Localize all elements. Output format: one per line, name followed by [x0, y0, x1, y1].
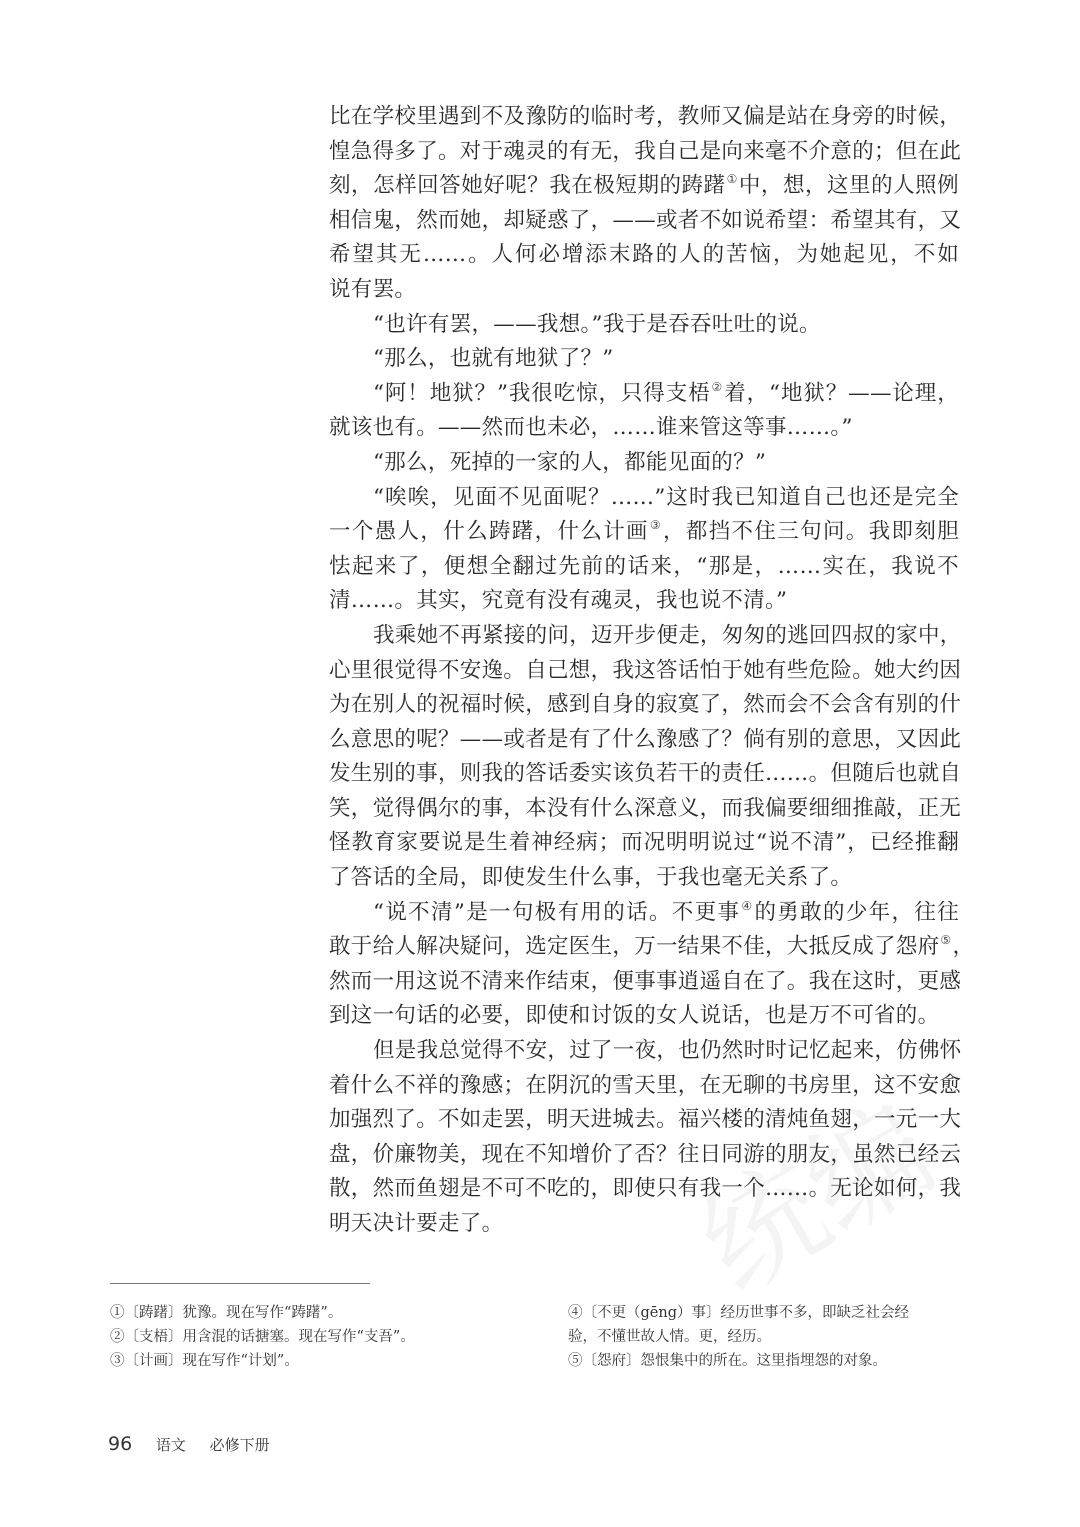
paragraph-start: 但是我总觉得不安，过了一夜，也仍然时时记忆起来，仿佛怀 — [329, 1034, 959, 1069]
paragraph-start: “阿！地狱？”我很吃惊，只得支梧②着，“地狱？——论理， — [329, 377, 959, 412]
text-line: 就该也有。——然而也未必，……谁来管这等事……。” — [329, 411, 959, 446]
text-line: 加强烈了。不如走罢，明天进城去。福兴楼的清炖鱼翅，一元一大 — [329, 1103, 959, 1138]
text-line: 怪教育家要说是生着神经病；而况明明说过“说不清”，已经推翻 — [329, 826, 959, 861]
footnote-divider — [110, 1283, 370, 1284]
text-line: 惶急得多了。对于魂灵的有无，我自己是向来毫不介意的；但在此 — [329, 135, 959, 170]
footnote-ref-1: ① — [727, 172, 738, 186]
footnotes-right: ④〔不更（gēng）事〕经历世事不多，即缺乏社会经 验，不懂世故人情。更，经历。… — [568, 1301, 968, 1373]
paragraph-start: “也许有罢，——我想。”我于是吞吞吐吐的说。 — [329, 308, 959, 343]
footnote-3: ③〔计画〕现在写作“计划”。 — [110, 1349, 530, 1373]
paragraph-start: 我乘她不再紧接的问，迈开步便走，匆匆的逃回四叔的家中， — [329, 619, 959, 654]
text-span: 一个愚人，什么踌躇，什么计画 — [329, 519, 649, 544]
text-span: “阿！地狱？”我很吃惊，只得支梧 — [373, 381, 711, 406]
text-line: 敢于给人解决疑问，选定医生，万一结果不佳，大抵反成了怨府⑤， — [329, 930, 959, 965]
footnote-ref-4: ④ — [741, 899, 753, 913]
text-span: “说不清”是一句极有用的话。不更事 — [373, 900, 740, 925]
text-line: 心里很觉得不安逸。自己想，我这答话怕于她有些危险。她大约因 — [329, 654, 959, 689]
footnote-ref-5: ⑤ — [940, 933, 951, 947]
textbook-page: 统编 比在学校里遇到不及豫防的临时考，教师又偏是站在身旁的时候， 惶急得多了。对… — [0, 0, 1080, 1527]
page-number: 96 — [108, 1433, 132, 1455]
text-span: 敢于给人解决疑问，选定医生，万一结果不佳，大抵反成了怨府 — [329, 934, 939, 959]
text-span: 中，想，这里的人照例 — [739, 173, 959, 198]
footnote-ref-3: ③ — [650, 518, 662, 532]
paragraph-start: “说不清”是一句极有用的话。不更事④的勇敢的少年，往往 — [329, 896, 959, 931]
text-line: 着什么不祥的豫感；在阴沉的雪天里，在无聊的书房里，这不安愈 — [329, 1069, 959, 1104]
text-line: 怯起来了，便想全翻过先前的话来，“那是，……实在，我说不 — [329, 550, 959, 585]
text-line: 笑，觉得偶尔的事，本没有什么深意义，而我偏要细细推敲，正无 — [329, 792, 959, 827]
text-span: 刻，怎样回答她好呢？我在极短期的踌躇 — [329, 173, 726, 198]
text-line: 么意思的呢？——或者是有了什么豫感了？倘有别的意思，又因此 — [329, 723, 959, 758]
subject-label: 语文 — [156, 1436, 186, 1454]
paragraph-start: “唉唉，见面不见面呢？……”这时我已知道自己也还是完全 — [329, 481, 959, 516]
footnote-2: ②〔支梧〕用含混的话搪塞。现在写作“支吾”。 — [110, 1325, 530, 1349]
text-line: 说有罢。 — [329, 273, 959, 308]
text-line: 一个愚人，什么踌躇，什么计画③，都挡不住三句问。我即刻胆 — [329, 515, 959, 550]
text-span: ，都挡不住三句问。我即刻胆 — [663, 519, 959, 544]
text-line: 发生别的事，则我的答话委实该负若干的责任……。但随后也就自 — [329, 757, 959, 792]
text-line: 然而一用这说不清来作结束，便事事逍遥自在了。我在这时，更感 — [329, 965, 959, 1000]
page-footer: 96 语文 必修下册 — [108, 1433, 288, 1455]
footnote-4-continued: 验，不懂世故人情。更，经历。 — [568, 1325, 968, 1349]
text-line: 为在别人的祝福时候，感到自身的寂寞了，然而会不会含有别的什 — [329, 688, 959, 723]
volume-label: 必修下册 — [210, 1436, 270, 1454]
text-line: 相信鬼，然而她，却疑惑了，——或者不如说希望：希望其有，又 — [329, 204, 959, 239]
text-line: 了答话的全局，即使发生什么事，于我也毫无关系了。 — [329, 861, 959, 896]
paragraph-start: “那么，也就有地狱了？” — [329, 342, 959, 377]
text-line: 比在学校里遇到不及豫防的临时考，教师又偏是站在身旁的时候， — [329, 100, 959, 135]
paragraph-start: “那么，死掉的一家的人，都能见面的？” — [329, 446, 959, 481]
footnote-4: ④〔不更（gēng）事〕经历世事不多，即缺乏社会经 — [568, 1301, 968, 1325]
footnote-1: ①〔踌躇〕犹豫。现在写作“踌躇”。 — [110, 1301, 530, 1325]
text-span: 的勇敢的少年，往往 — [754, 900, 959, 925]
text-line: 明天决计要走了。 — [329, 1207, 959, 1242]
text-span: ， — [952, 934, 974, 959]
text-line: 散，然而鱼翅是不可不吃的，即使只有我一个……。无论如何，我 — [329, 1172, 959, 1207]
text-line: 盘，价廉物美，现在不知增价了否？往日同游的朋友，虽然已经云 — [329, 1138, 959, 1173]
body-text: 比在学校里遇到不及豫防的临时考，教师又偏是站在身旁的时候， 惶急得多了。对于魂灵… — [329, 100, 959, 1242]
text-line: 清……。其实，究竟有没有魂灵，我也说不清。” — [329, 584, 959, 619]
text-line: 希望其无……。人何必增添末路的人的苦恼，为她起见，不如 — [329, 238, 959, 273]
text-line: 刻，怎样回答她好呢？我在极短期的踌躇①中，想，这里的人照例 — [329, 169, 959, 204]
footnotes-left: ①〔踌躇〕犹豫。现在写作“踌躇”。 ②〔支梧〕用含混的话搪塞。现在写作“支吾”。… — [110, 1301, 530, 1373]
text-span: 着，“地狱？——论理， — [724, 381, 959, 406]
footnote-ref-2: ② — [712, 380, 724, 394]
text-line: 到这一句话的必要，即使和讨饭的女人说话，也是万不可省的。 — [329, 999, 959, 1034]
footnote-5: ⑤〔怨府〕怨恨集中的所在。这里指埋怨的对象。 — [568, 1349, 968, 1373]
